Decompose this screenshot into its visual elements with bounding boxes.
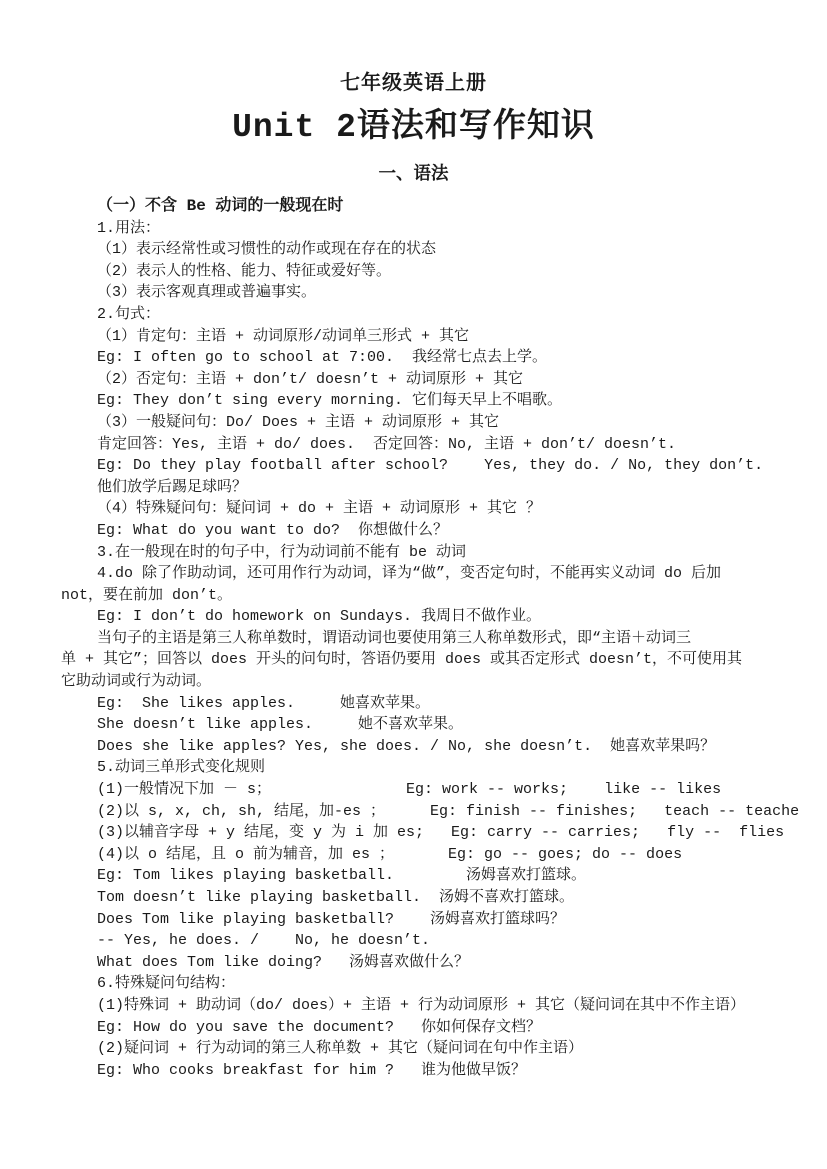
text-line: Does Tom like playing basketball? 汤姆喜欢打篮… <box>61 909 799 931</box>
document-page: 七年级英语上册 Unit 2语法和写作知识 一、语法 （一）不含 Be 动词的一… <box>0 0 827 1169</box>
text-line: (1)一般情况下加 － s； Eg: work -- works; like -… <box>61 779 799 801</box>
text-line: (1)特殊词 + 助动词（do/ does）+ 主语 + 行为动词原形 + 其它… <box>61 995 799 1017</box>
text-line: -- Yes, he does. / No, he doesn’t. <box>61 930 799 952</box>
text-line: 当句子的主语是第三人称单数时，谓语动词也要使用第三人称单数形式，即“主语＋动词三 <box>61 628 799 650</box>
document-main-title: Unit 2语法和写作知识 <box>0 105 827 151</box>
text-line: Eg: She likes apples. 她喜欢苹果。 <box>61 693 799 715</box>
text-line: （3）表示客观真理或普遍事实。 <box>61 282 799 304</box>
text-line: What does Tom like doing? 汤姆喜欢做什么？ <box>61 952 799 974</box>
text-line: Tom doesn’t like playing basketball. 汤姆不… <box>61 887 799 909</box>
text-line: (4)以 o 结尾，且 o 前为辅音，加 es ； Eg: go -- goes… <box>61 844 799 866</box>
text-line: 1.用法： <box>61 218 799 240</box>
text-line: 3.在一般现在时的句子中，行为动词前不能有 be 动词 <box>61 542 799 564</box>
text-line: （3）一般疑问句：Do/ Does + 主语 + 动词原形 + 其它 <box>61 412 799 434</box>
text-line: （1）表示经常性或习惯性的动作或现在存在的状态 <box>61 239 799 261</box>
text-line: (3)以辅音字母 + y 结尾，变 y 为 i 加 es; Eg: carry … <box>61 822 799 844</box>
text-line: （2）否定句：主语 + don’t/ doesn’t + 动词原形 + 其它 <box>61 369 799 391</box>
text-line: Eg: Do they play football after school? … <box>61 455 799 477</box>
text-line: Eg: How do you save the document? 你如何保存文… <box>61 1017 799 1039</box>
text-line: 他们放学后踢足球吗？ <box>61 477 799 499</box>
text-line: Eg: I often go to school at 7:00. 我经常七点去… <box>61 347 799 369</box>
text-line: She doesn’t like apples. 她不喜欢苹果。 <box>61 714 799 736</box>
text-line: 2.句式： <box>61 304 799 326</box>
text-line: (2)以 s, x, ch, sh, 结尾，加-es ； Eg: finish … <box>61 801 799 823</box>
text-line: 肯定回答：Yes, 主语 + do/ does. 否定回答：No, 主语 + d… <box>61 434 799 456</box>
document-body: （一）不含 Be 动词的一般现在时 1.用法：（1）表示经常性或习惯性的动作或现… <box>0 196 827 1081</box>
text-line: （4）特殊疑问句：疑问词 + do + 主语 + 动词原形 + 其它 ？ <box>61 498 799 520</box>
text-line: （2）表示人的性格、能力、特征或爱好等。 <box>61 261 799 283</box>
subsection-title: （一）不含 Be 动词的一般现在时 <box>61 196 799 218</box>
text-line: not，要在前加 don’t。 <box>61 585 799 607</box>
text-line: Eg: Tom likes playing basketball. 汤姆喜欢打篮… <box>61 865 799 887</box>
text-line: Eg: I don’t do homework on Sundays. 我周日不… <box>61 606 799 628</box>
text-line: Eg: They don’t sing every morning. 它们每天早… <box>61 390 799 412</box>
text-line: (2)疑问词 + 行为动词的第三人称单数 + 其它（疑问词在句中作主语） <box>61 1038 799 1060</box>
text-line: （1）肯定句：主语 + 动词原形/动词单三形式 + 其它 <box>61 326 799 348</box>
text-line: 6.特殊疑问句结构： <box>61 973 799 995</box>
text-line: 4.do 除了作助动词，还可用作行为动词，译为“做”，变否定句时，不能再实义动词… <box>61 563 799 585</box>
section-title-grammar: 一、语法 <box>0 164 827 187</box>
text-line: 5.动词三单形式变化规则 <box>61 757 799 779</box>
text-line: 它助动词或行为动词。 <box>61 671 799 693</box>
document-header-title: 七年级英语上册 <box>0 73 827 97</box>
text-line: Eg: What do you want to do? 你想做什么？ <box>61 520 799 542</box>
text-line: 单 + 其它”；回答以 does 开头的问句时，答语仍要用 does 或其否定形… <box>61 649 799 671</box>
text-line: Eg: Who cooks breakfast for him ? 谁为他做早饭… <box>61 1060 799 1082</box>
text-line: Does she like apples? Yes, she does. / N… <box>61 736 799 758</box>
